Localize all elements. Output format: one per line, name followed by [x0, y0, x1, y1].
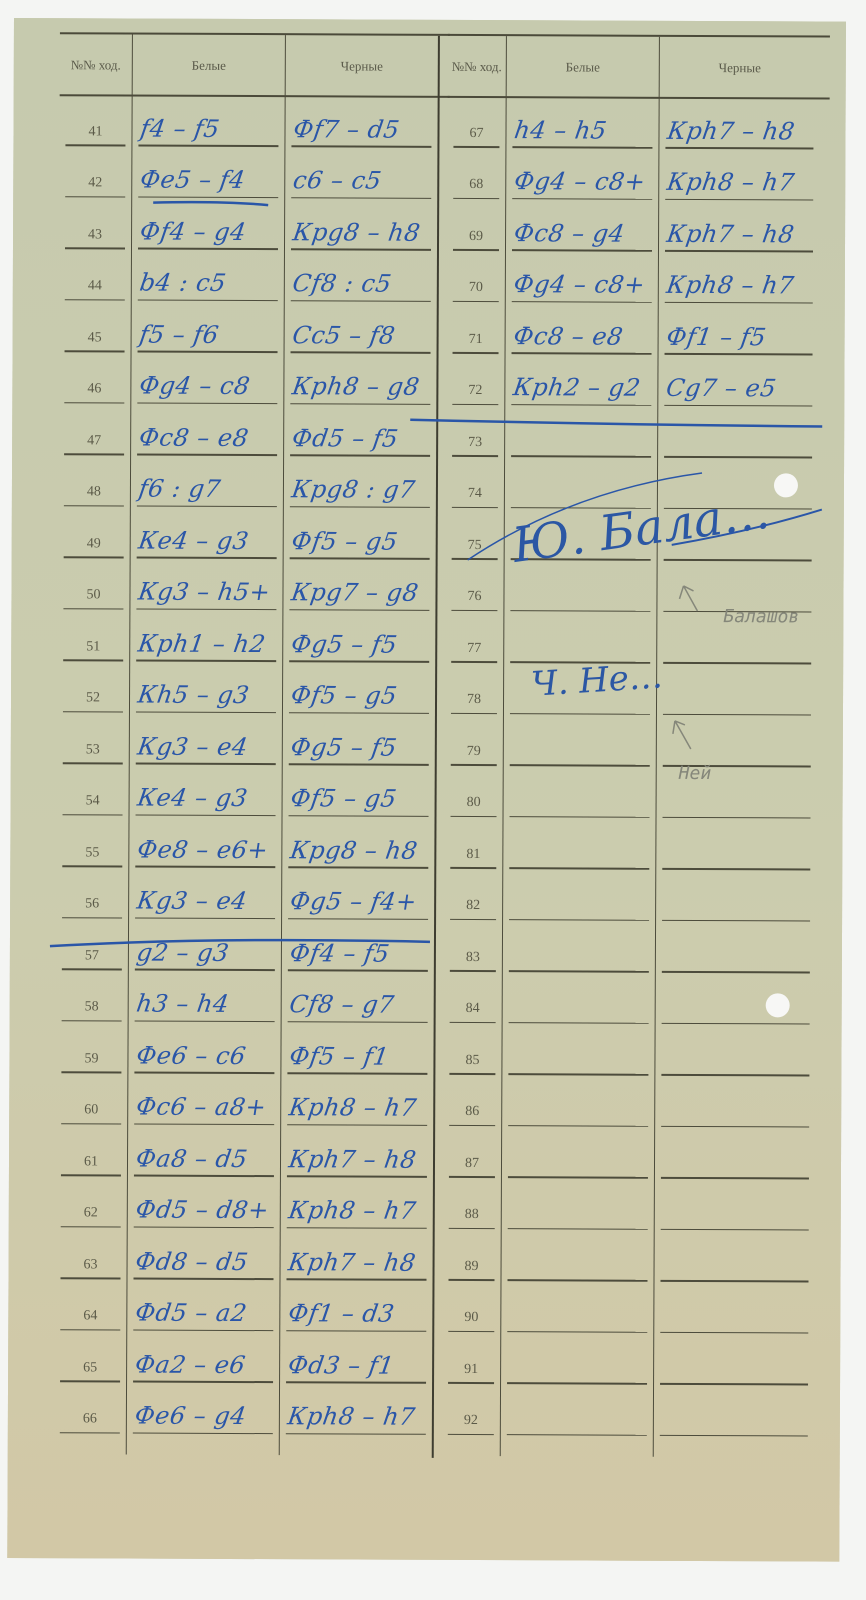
black-move: Крh7 – h8 [665, 219, 796, 248]
move-number: 57 [56, 948, 128, 964]
move-number: 75 [446, 537, 504, 553]
white-move: Фg4 – c8 [137, 372, 252, 400]
header-white: Белые [133, 35, 285, 96]
white-move: Фe5 – f4 [138, 166, 247, 194]
move-row: 49Кe4 – g3Фf5 – g5 [58, 506, 448, 559]
move-row: 64Фd5 – a2Фf1 – d3 [54, 1279, 444, 1332]
move-row: 89 [442, 1229, 824, 1282]
row-rule [286, 1433, 426, 1435]
black-move: c6 – c5 [291, 166, 383, 194]
white-move: b4 : c5 [138, 269, 228, 297]
move-number: 44 [59, 278, 131, 294]
move-row: 92 [442, 1383, 824, 1436]
move-number: 62 [55, 1205, 127, 1221]
move-row: 60Фc6 – a8+Крh8 – h7 [55, 1073, 445, 1126]
move-number: 70 [447, 280, 505, 296]
left-table-header: №№ ход. Белые Черные [60, 32, 450, 98]
move-row: 79 [445, 714, 827, 767]
black-move: Фf4 – f5 [288, 939, 392, 967]
black-move: Фd5 – f5 [290, 424, 400, 452]
row-rule [448, 1433, 494, 1435]
move-number: 87 [443, 1155, 501, 1171]
header-black: Черные [286, 35, 438, 96]
black-move: Фf7 – d5 [291, 115, 401, 143]
black-move: Фg5 – f5 [289, 630, 399, 658]
white-move: h4 – h5 [512, 116, 608, 144]
move-number: 56 [56, 896, 128, 912]
move-number: 71 [447, 331, 505, 347]
black-move: Фd3 – f1 [286, 1351, 396, 1379]
header-white: Белые [507, 36, 659, 97]
move-row: 41f4 – f5Фf7 – d5 [59, 94, 449, 147]
move-number: 61 [55, 1154, 127, 1170]
black-move: Крg8 – h8 [288, 836, 419, 865]
black-move: Фf5 – g5 [289, 784, 399, 812]
white-move: Фe6 – g4 [133, 1402, 248, 1430]
move-number: 72 [446, 383, 504, 399]
move-number: 78 [445, 692, 503, 708]
move-row: 59Фe6 – c6Фf5 – f1 [55, 1021, 445, 1074]
move-row: 42Фe5 – f4c6 – c5 [59, 146, 449, 199]
move-number: 73 [446, 434, 504, 450]
pencil-note-balashov: Балашов [723, 606, 799, 627]
move-number: 90 [442, 1310, 500, 1326]
move-number: 92 [442, 1413, 500, 1429]
move-number: 66 [54, 1411, 126, 1427]
move-row: 56Кg3 – e4Фg5 – f4+ [56, 867, 446, 920]
black-move: Крg8 – h8 [291, 218, 422, 247]
header-black: Черные [660, 37, 820, 98]
black-move: Крg8 : g7 [290, 475, 417, 504]
move-number: 43 [59, 227, 131, 243]
white-move: f6 : g7 [137, 475, 223, 503]
move-number: 89 [443, 1258, 501, 1274]
black-move: Крh8 – h7 [286, 1402, 417, 1431]
move-row: 87 [443, 1126, 825, 1179]
move-number: 82 [444, 898, 502, 914]
white-move: Фd5 – a2 [133, 1299, 248, 1327]
black-move: Крh7 – h8 [287, 1248, 418, 1277]
move-number: 64 [54, 1308, 126, 1324]
black-move: Фf1 – d3 [286, 1299, 396, 1327]
move-row: 54Кe4 – g3Фf5 – g5 [57, 764, 447, 817]
white-move: Фg4 – c8+ [512, 270, 647, 299]
punch-hole [766, 993, 790, 1017]
white-move: Кg3 – h5+ [136, 578, 272, 607]
white-move: Фe6 – c6 [134, 1041, 247, 1069]
punch-hole [774, 473, 798, 497]
move-number: 52 [57, 690, 129, 706]
black-move: Крh7 – h8 [665, 116, 796, 145]
move-row: 86 [443, 1074, 825, 1127]
move-row: 48f6 : g7Крg8 : g7 [58, 455, 448, 508]
black-move: Фf5 – g5 [289, 681, 399, 709]
white-move: Кe4 – g3 [137, 526, 251, 554]
move-row: 43Фf4 – g4Крg8 – h8 [59, 197, 449, 250]
black-move: Фf1 – f5 [665, 322, 769, 350]
row-rule [660, 1434, 808, 1436]
white-move: Фf4 – g4 [138, 217, 248, 245]
move-row: 88 [443, 1177, 825, 1230]
move-number: 45 [59, 330, 131, 346]
white-move: Фd8 – d5 [134, 1247, 251, 1275]
move-row: 73 [446, 405, 828, 458]
move-row: 90 [442, 1280, 824, 1333]
white-move: Фc8 – g4 [512, 219, 627, 247]
white-move: h3 – h4 [135, 990, 231, 1018]
move-number: 83 [444, 949, 502, 965]
move-number: 58 [56, 999, 128, 1015]
move-row: 72Крh2 – g2Сg7 – e5 [446, 353, 828, 406]
move-number: 59 [55, 1051, 127, 1067]
white-move: Фc8 – e8 [512, 322, 625, 350]
white-move: Кe4 – g3 [136, 784, 250, 812]
move-row: 68Фg4 – c8+Крh8 – h7 [447, 147, 829, 200]
row-rule [507, 1434, 647, 1436]
move-row: 66Фe6 – g4Крh8 – h7 [54, 1382, 444, 1435]
move-number: 69 [447, 228, 505, 244]
row-rule [133, 1432, 273, 1434]
move-number: 91 [442, 1361, 500, 1377]
move-number: 47 [58, 433, 130, 449]
white-move: Крh1 – h2 [136, 629, 267, 658]
black-move: Крh8 – h7 [665, 168, 796, 197]
move-number: 63 [55, 1257, 127, 1273]
move-row: 63Фd8 – d5Крh7 – h8 [54, 1227, 444, 1280]
move-number: 81 [444, 846, 502, 862]
move-number: 49 [58, 536, 130, 552]
move-number: 88 [443, 1207, 501, 1223]
move-row: 58h3 – h4Сf8 – g7 [56, 970, 446, 1023]
move-number: 84 [444, 1001, 502, 1017]
move-number: 42 [59, 175, 131, 191]
move-number: 68 [447, 177, 505, 193]
move-row: 67h4 – h5Крh7 – h8 [447, 96, 829, 149]
move-number: 65 [54, 1360, 126, 1376]
header-move-number: №№ ход. [60, 34, 132, 94]
move-row: 61Фa8 – d5Крh7 – h8 [55, 1124, 445, 1177]
move-row: 55Фe8 – e6+Крg8 – h8 [56, 815, 446, 868]
move-number: 86 [443, 1104, 501, 1120]
row-rule [60, 1432, 120, 1434]
black-move: Фf5 – f1 [287, 1042, 391, 1070]
white-move: Фa8 – d5 [134, 1144, 249, 1172]
white-move: f5 – f6 [138, 320, 221, 348]
move-number: 60 [55, 1102, 127, 1118]
black-move: Сg7 – e5 [664, 374, 778, 402]
move-row: 76 [445, 559, 827, 612]
move-row: 65Фa2 – e6Фd3 – f1 [54, 1330, 444, 1383]
white-move: Фd5 – d8+ [134, 1196, 271, 1225]
move-number: 55 [56, 845, 128, 861]
move-number: 48 [58, 484, 130, 500]
white-move: Кg3 – e4 [136, 732, 250, 760]
move-row: 69Фc8 – g4Крh7 – h8 [447, 199, 829, 252]
move-row: 80 [445, 765, 827, 818]
move-number: 80 [445, 795, 503, 811]
black-move: Сc5 – f8 [291, 321, 398, 349]
black-move: Фf5 – g5 [290, 527, 400, 555]
move-row: 82 [444, 868, 826, 921]
move-row: 71Фc8 – e8Фf1 – f5 [447, 302, 829, 355]
move-row: 57g2 – g3Фf4 – f5 [56, 918, 446, 971]
move-number: 77 [445, 640, 503, 656]
black-move: Крh7 – h8 [287, 1145, 418, 1174]
move-row: 91 [442, 1332, 824, 1385]
white-move: g2 – g3 [135, 938, 231, 966]
black-move: Крh8 – h7 [287, 1093, 418, 1122]
black-move: Сf8 : c5 [291, 269, 394, 297]
black-move: Сf8 – g7 [288, 990, 396, 1018]
move-row: 53Кg3 – e4Фg5 – f5 [57, 712, 447, 765]
move-row: 52Кh5 – g3Фf5 – g5 [57, 661, 447, 714]
move-number: 76 [445, 589, 503, 605]
move-number: 51 [57, 639, 129, 655]
move-number: 79 [445, 743, 503, 759]
move-row: 83 [444, 920, 826, 973]
right-moves-table: №№ ход. Белые Черные 67h4 – h5Крh7 – h86… [448, 20, 830, 22]
white-move: Кh5 – g3 [136, 681, 251, 709]
scoresheet-paper: №№ ход. Белые Черные 41f4 – f5Фf7 – d542… [7, 18, 846, 1562]
move-row: 51Крh1 – h2Фg5 – f5 [57, 609, 447, 662]
move-row: 85 [443, 1023, 825, 1076]
move-row: 45f5 – f6Сc5 – f8 [59, 300, 449, 353]
move-number: 53 [57, 742, 129, 758]
move-row: 70Фg4 – c8+Крh8 – h7 [447, 250, 829, 303]
pencil-note-ney: Ней [679, 763, 712, 784]
header-move-number: №№ ход. [448, 36, 506, 96]
left-moves-table: №№ ход. Белые Черные 41f4 – f5Фf7 – d542… [60, 18, 450, 20]
move-number: 50 [57, 587, 129, 603]
move-number: 67 [447, 125, 505, 141]
white-move: Фa2 – e6 [133, 1350, 247, 1378]
move-number: 41 [59, 124, 131, 140]
move-row: 44b4 : c5Сf8 : c5 [59, 249, 449, 302]
black-move: Крg7 – g8 [289, 578, 420, 607]
move-number: 74 [446, 486, 504, 502]
white-move: f4 – f5 [138, 114, 221, 142]
move-row: 62Фd5 – d8+Крh8 – h7 [55, 1176, 445, 1229]
move-row: 81 [444, 817, 826, 870]
black-move: Фg5 – f5 [289, 733, 399, 761]
move-number: 54 [57, 793, 129, 809]
white-move: Фc6 – a8+ [134, 1093, 268, 1122]
white-move: Фe8 – e6+ [135, 835, 270, 864]
white-move: Кg3 – e4 [135, 887, 249, 915]
move-number: 46 [58, 381, 130, 397]
move-row: 46Фg4 – c8Крh8 – g8 [58, 352, 448, 405]
black-move: Крh8 – h7 [287, 1196, 418, 1225]
black-move: Крh8 – h7 [665, 271, 796, 300]
white-move: Фc8 – e8 [137, 423, 250, 451]
white-move: Фg4 – c8+ [512, 167, 647, 196]
white-move: Крh2 – g2 [511, 373, 642, 402]
black-move: Крh8 – g8 [290, 372, 421, 401]
move-row: 47Фc8 – e8Фd5 – f5 [58, 403, 448, 456]
move-number: 85 [443, 1052, 501, 1068]
black-move: Фg5 – f4+ [288, 887, 419, 916]
move-row: 50Кg3 – h5+Крg7 – g8 [57, 558, 447, 611]
